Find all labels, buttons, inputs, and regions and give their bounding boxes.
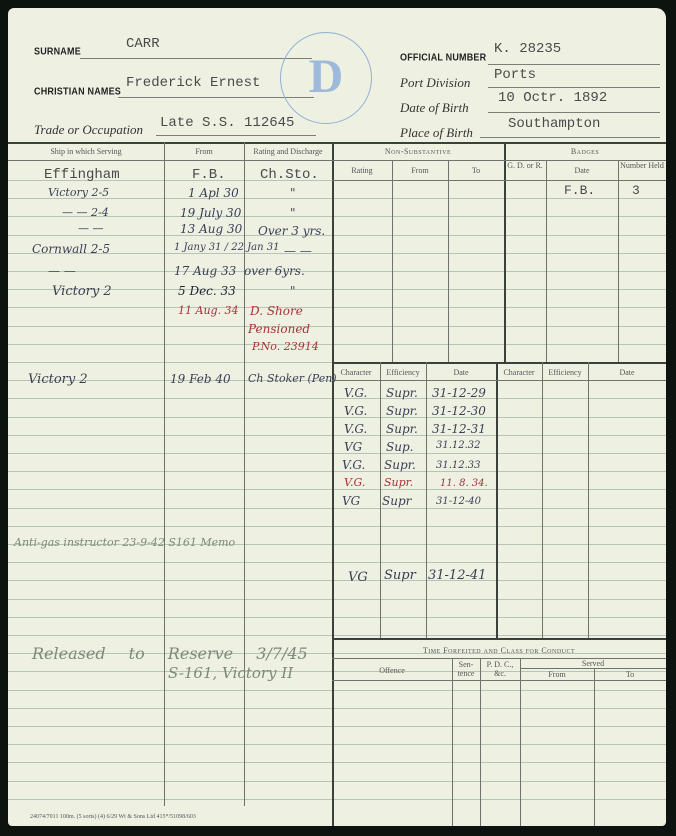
ruled-line xyxy=(8,635,666,636)
released-note-2: S-161, Victory II xyxy=(168,664,293,682)
eff-entry: Sup. xyxy=(386,440,413,454)
ruled-line xyxy=(8,708,666,709)
char-header-efficiency-2: Efficiency xyxy=(542,368,588,377)
conduct-header-served: Served xyxy=(520,659,666,668)
eff-entry: Supr. xyxy=(384,458,416,472)
pob-underline xyxy=(480,137,660,138)
from-entry: F.B. xyxy=(192,167,226,183)
ns-header-underline xyxy=(332,180,666,181)
ns-header-rating: Rating xyxy=(332,166,392,175)
ruled-line xyxy=(8,799,666,800)
header-divider xyxy=(8,142,666,144)
char-col-eff-1 xyxy=(380,362,381,638)
ruled-line xyxy=(8,471,666,472)
ship-entry: — — xyxy=(48,264,76,278)
surname-underline xyxy=(80,58,312,59)
char-entry: V.G. xyxy=(344,422,367,436)
badge-col-date xyxy=(546,160,547,362)
ruled-line xyxy=(8,526,666,527)
conduct-header-pd: P. D. C., &c. xyxy=(480,660,520,678)
from-entry: 1 Jany 31 / 22 Jan 31 xyxy=(174,242,279,253)
rating-entry: Ch.Sto. xyxy=(260,167,319,183)
ruled-line xyxy=(8,344,666,345)
port-division-underline xyxy=(488,87,660,88)
date-entry: 31.12.32 xyxy=(436,440,481,451)
date-entry: 31-12-31 xyxy=(432,422,486,436)
port-division-label: Port Division xyxy=(400,75,470,91)
char-entry: V.G. xyxy=(344,386,367,400)
char-header-character-1: Character xyxy=(332,368,380,377)
char-col-divider xyxy=(496,362,498,638)
division-stamp: D xyxy=(280,32,372,124)
rating-entry: Over 3 yrs. xyxy=(258,224,325,238)
ruled-line xyxy=(8,489,666,490)
rating-entry: — — xyxy=(284,244,312,258)
rating-entry: P.No. 23914 xyxy=(252,340,319,353)
conduct-header-underline xyxy=(332,680,666,681)
char-col-date-2 xyxy=(588,362,589,638)
badge-col-number xyxy=(618,160,619,362)
date-entry: 31-12-30 xyxy=(432,404,486,418)
from-entry: 19 Feb 40 xyxy=(170,372,231,386)
conduct-header-offence: Offence xyxy=(332,666,452,675)
conduct-col-to xyxy=(594,668,595,826)
badge-header-gd: G. D. or R. xyxy=(504,161,546,170)
ruled-line xyxy=(8,781,666,782)
ruled-line xyxy=(8,617,666,618)
from-entry: 5 Dec. 33 xyxy=(178,284,236,298)
header-ship: Ship in which Serving xyxy=(8,147,164,156)
christian-names-label: CHRISTIAN NAMES xyxy=(34,86,121,98)
ruled-line xyxy=(8,599,666,600)
date-entry: 31.12.33 xyxy=(436,460,481,471)
print-code: 24074/7011 100m. (5 sorts) (4) 6/29 Wt &… xyxy=(30,814,196,820)
ruled-line xyxy=(8,453,666,454)
pob-value: Southampton xyxy=(508,116,600,132)
ruled-line xyxy=(8,235,666,236)
ruled-line xyxy=(8,744,666,745)
official-number-underline xyxy=(488,64,660,65)
ns-col-to xyxy=(448,160,449,362)
date-entry: 11. 8. 34. xyxy=(440,478,488,489)
char-entry: VG xyxy=(342,494,360,508)
char-col-date-1 xyxy=(426,362,427,638)
ns-header-to: To xyxy=(448,166,504,175)
ns-title-underline xyxy=(332,160,666,161)
non-substantive-title: Non-Substantive xyxy=(332,147,504,156)
badge-header-date: Date xyxy=(546,166,618,175)
service-header-underline xyxy=(8,160,332,161)
from-entry: 1 Apl 30 xyxy=(188,186,239,200)
ns-header-from: From xyxy=(392,166,448,175)
badges-title: Badges xyxy=(504,147,666,156)
date-entry: 31-12-40 xyxy=(436,496,481,507)
col-divider-main xyxy=(332,142,334,826)
conduct-header-to: To xyxy=(594,670,666,679)
rating-entry: over 6yrs. xyxy=(244,264,305,278)
char-entry: V.G. xyxy=(344,404,367,418)
char-header-date-1: Date xyxy=(426,368,496,377)
ruled-line xyxy=(8,326,666,327)
ship-entry: Victory 2-5 xyxy=(48,186,109,199)
eff-entry: Supr xyxy=(384,568,416,583)
character-divider xyxy=(332,362,666,364)
badge-header-number: Number Held xyxy=(618,161,666,170)
conduct-header-from: From xyxy=(520,670,594,679)
service-record-card: SURNAME CARR CHRISTIAN NAMES Frederick E… xyxy=(8,8,666,826)
char-entry: V.G. xyxy=(344,476,365,489)
dob-label: Date of Birth xyxy=(400,100,469,116)
rating-entry: D. Shore xyxy=(250,304,303,318)
trade-value: Late S.S. 112645 xyxy=(160,115,294,131)
released-note: Released to Reserve 3/7/45 xyxy=(32,644,308,663)
ruled-line xyxy=(8,562,666,563)
char-header-character-2: Character xyxy=(496,368,542,377)
pob-label: Place of Birth xyxy=(400,125,473,141)
from-entry: 13 Aug 30 xyxy=(180,222,242,236)
rating-entry: " xyxy=(290,206,296,220)
eff-entry: Supr xyxy=(382,494,411,508)
col-divider-from xyxy=(164,142,165,806)
ruled-line xyxy=(8,417,666,418)
ship-entry: Cornwall 2-5 xyxy=(32,242,110,256)
date-entry: 31-12-41 xyxy=(428,568,486,583)
ruled-line xyxy=(8,726,666,727)
conduct-divider xyxy=(332,638,666,640)
ship-entry: Effingham xyxy=(44,167,120,183)
eff-entry: Supr. xyxy=(386,422,418,436)
rating-entry: " xyxy=(290,284,296,298)
header-from: From xyxy=(164,147,244,156)
ruled-line xyxy=(8,398,666,399)
served-underline xyxy=(520,668,666,669)
char-header-underline xyxy=(332,380,666,381)
official-number-value: K. 28235 xyxy=(494,41,561,57)
ship-entry: Victory 2 xyxy=(28,372,88,387)
official-number-label: OFFICIAL NUMBER xyxy=(400,52,486,64)
char-header-date-2: Date xyxy=(588,368,666,377)
christian-names-value: Frederick Ernest xyxy=(126,75,260,91)
conduct-title: Time Forfeited and Class for Conduct xyxy=(332,646,666,655)
ruled-line xyxy=(8,435,666,436)
from-entry: 19 July 30 xyxy=(180,206,241,220)
char-entry: VG xyxy=(344,440,362,454)
rating-entry: " xyxy=(290,186,296,200)
badge-date-value: F.B. xyxy=(564,183,595,198)
ruled-line xyxy=(8,271,666,272)
eff-entry: Supr. xyxy=(386,404,418,418)
ruled-line xyxy=(8,762,666,763)
header-rating: Rating and Discharge xyxy=(244,147,332,156)
port-division-value: Ports xyxy=(494,67,536,83)
dob-value: 10 Octr. 1892 xyxy=(498,90,607,106)
char-entry: VG xyxy=(348,570,368,585)
ns-col-from xyxy=(392,160,393,362)
conduct-col-pd xyxy=(480,658,481,826)
trade-label: Trade or Occupation xyxy=(34,122,143,138)
rating-entry: Pensioned xyxy=(248,322,310,336)
char-header-efficiency-1: Efficiency xyxy=(380,368,426,377)
stamp-letter: D xyxy=(281,49,371,104)
conduct-col-sentence xyxy=(452,658,453,826)
from-entry: 17 Aug 33 xyxy=(174,264,236,278)
eff-entry: Supr. xyxy=(384,476,413,489)
ship-entry: Victory 2 xyxy=(52,284,112,299)
badges-divider xyxy=(504,142,506,362)
anti-gas-note: Anti-gas instructor 23-9-42 S161 Memo xyxy=(14,536,235,549)
ruled-line xyxy=(8,580,666,581)
date-entry: 31-12-29 xyxy=(432,386,486,400)
ship-entry: — — xyxy=(78,222,104,235)
ruled-line xyxy=(8,690,666,691)
conduct-header-sentence: Sen- tence xyxy=(452,660,480,678)
badge-number-value: 3 xyxy=(632,183,640,198)
char-entry: V.G. xyxy=(342,458,365,472)
surname-value: CARR xyxy=(126,36,160,52)
from-entry: 11 Aug. 34 xyxy=(178,304,239,317)
ship-entry: — — 2-4 xyxy=(62,206,109,219)
ruled-line xyxy=(8,307,666,308)
surname-label: SURNAME xyxy=(34,46,81,58)
eff-entry: Supr. xyxy=(386,386,418,400)
trade-underline xyxy=(156,135,316,136)
rating-entry: Ch Stoker (Pen) xyxy=(248,372,337,385)
ruled-line xyxy=(8,508,666,509)
dob-underline xyxy=(488,112,660,113)
conduct-col-served xyxy=(520,658,521,826)
char-col-eff-2 xyxy=(542,362,543,638)
